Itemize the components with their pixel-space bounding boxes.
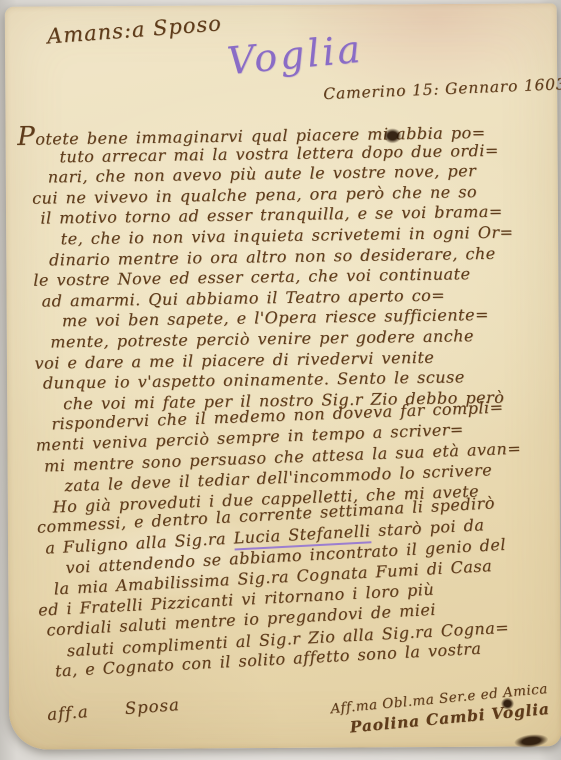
signature-block: Aff.ma Obl.ma Ser.e ed AmicaPaolina Camb…: [330, 680, 551, 738]
letter-paper: Amans:a Sposo Voglia Camerino 15: Gennar…: [5, 3, 561, 749]
letter-body: Potete bene immaginarvi qual piacere mi …: [15, 119, 559, 683]
ink-blot: [383, 128, 401, 143]
letter-photo: Amans:a Sposo Voglia Camerino 15: Gennar…: [0, 0, 561, 760]
ink-blot: [514, 733, 549, 750]
pencil-annotation: Voglia: [225, 27, 365, 84]
dateline: Camerino 15: Gennaro 1603.: [323, 75, 561, 103]
ink-blot: [501, 698, 514, 710]
closing-sposa: aff.a Sposa: [47, 695, 181, 724]
salutation: Amans:a Sposo: [46, 11, 222, 48]
